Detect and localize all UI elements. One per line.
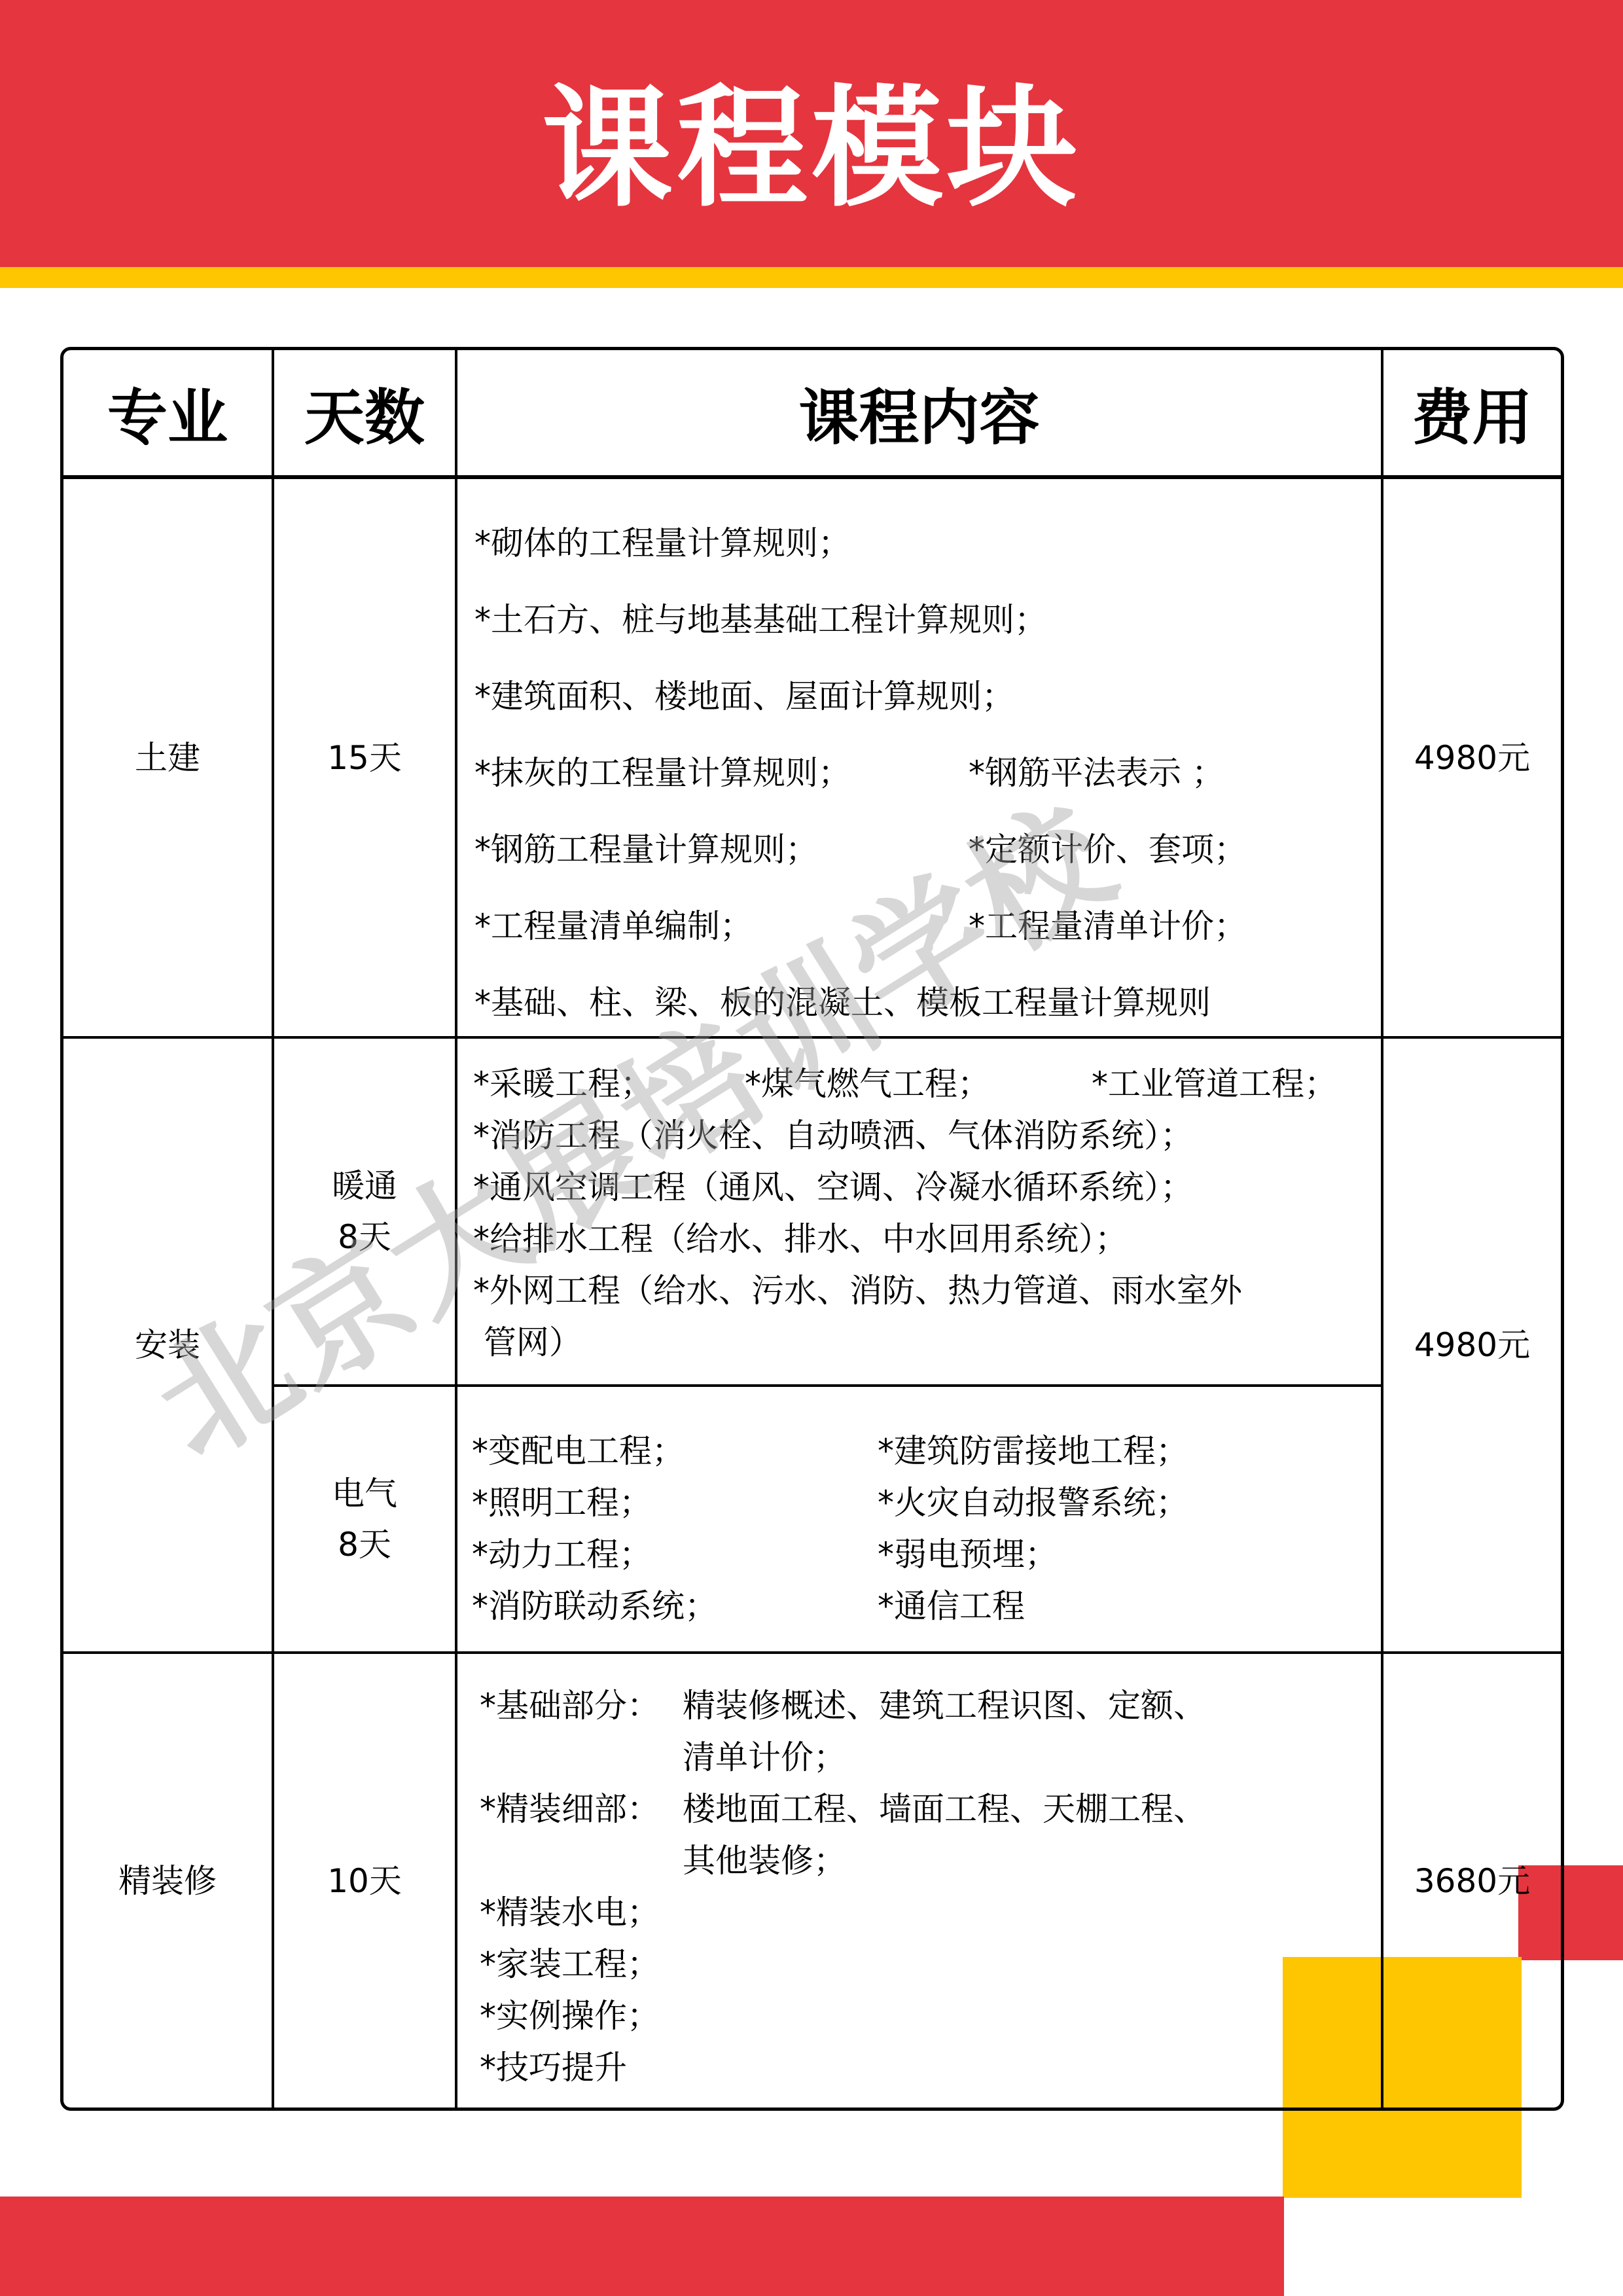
content-line: *工程量清单计价；: [969, 888, 1247, 965]
content-line: *给排水工程（给水、排水、中水回用系统）；: [473, 1213, 1337, 1265]
course-content-civil: *砌体的工程量计算规则； *土石方、桩与地基基础工程计算规则； *建筑面积、楼地…: [474, 505, 1247, 1041]
content-line: *外网工程（给水、污水、消防、热力管道、雨水室外: [473, 1265, 1337, 1317]
content-line: 楼地面工程、墙面工程、天棚工程、: [683, 1784, 1206, 1835]
major-cell: 安装: [63, 1039, 272, 1651]
content-line: *抹灰的工程量计算规则；: [474, 735, 969, 812]
subcategory-cell-electrical: 电气 8天: [274, 1387, 455, 1651]
content-line: *动力工程；: [472, 1529, 878, 1581]
content-line: *工程量清单编制；: [474, 888, 969, 965]
column-header-major: 专业: [63, 350, 272, 475]
course-content-electrical: *变配电工程；*建筑防雷接地工程； *照明工程；*火灾自动报警系统； *动力工程…: [472, 1426, 1188, 1632]
subcategory-cell-hvac: 暖通 8天: [274, 1039, 455, 1384]
days-cell: 15天: [274, 479, 455, 1036]
content-line: *精装水电；: [480, 1887, 1206, 1939]
content-line: *基础、柱、梁、板的混凝土、模板工程量计算规则: [474, 965, 1247, 1041]
major-cell: 土建: [63, 479, 272, 1036]
content-line: *工业管道工程；: [1092, 1058, 1337, 1110]
header-accent-stripe: [0, 267, 1623, 288]
content-line: *煤气燃气工程；: [745, 1058, 1092, 1110]
course-content-decoration: *基础部分： 精装修概述、建筑工程识图、定额、清单计价； *精装细部： 楼地面工…: [480, 1680, 1206, 2094]
content-line: *通信工程: [878, 1581, 1188, 1632]
content-line: *砌体的工程量计算规则；: [474, 505, 1247, 582]
subcategory-days: 8天: [338, 1211, 391, 1263]
content-line: *钢筋工程量计算规则；: [474, 812, 969, 888]
content-line: *采暖工程；: [473, 1058, 745, 1110]
content-line: *变配电工程；: [472, 1426, 878, 1477]
days-cell: 10天: [274, 1654, 455, 2108]
content-line: *火灾自动报警系统；: [878, 1477, 1188, 1529]
course-table: 专业 天数 课程内容 费用 土建 15天 4980元 *砌体的工程量计算规则； …: [60, 347, 1564, 2111]
content-line: *通风空调工程（通风、空调、冷凝水循环系统）；: [473, 1162, 1337, 1213]
fee-cell: 3680元: [1383, 1654, 1561, 2108]
content-line: *照明工程；: [472, 1477, 878, 1529]
content-line: *技巧提升: [480, 2042, 1206, 2094]
content-line: *实例操作；: [480, 1990, 1206, 2042]
content-line: *消防工程（消火栓、自动喷洒、气体消防系统）；: [473, 1110, 1337, 1162]
content-line: *钢筋平法表示 ；: [969, 735, 1247, 812]
subcategory-days: 8天: [338, 1519, 391, 1570]
footer-red-band: [0, 2197, 1284, 2296]
fee-cell: 4980元: [1383, 479, 1561, 1036]
page-title: 课程模块: [0, 77, 1623, 221]
content-line: *消防联动系统；: [472, 1581, 878, 1632]
content-line: 管网）: [473, 1317, 1337, 1369]
subcategory-name: 暖通: [332, 1160, 397, 1211]
subcategory-name: 电气: [332, 1468, 397, 1519]
content-line: *建筑防雷接地工程；: [878, 1426, 1188, 1477]
content-line: *家装工程；: [480, 1939, 1206, 1990]
content-line: *土石方、桩与地基基础工程计算规则；: [474, 582, 1247, 658]
course-content-hvac: *采暖工程； *煤气燃气工程； *工业管道工程； *消防工程（消火栓、自动喷洒、…: [473, 1058, 1337, 1369]
column-header-fee: 费用: [1383, 350, 1561, 475]
content-line: 精装修概述、建筑工程识图、定额、: [683, 1680, 1206, 1732]
content-line: 清单计价；: [683, 1732, 1206, 1784]
content-label: *基础部分：: [480, 1680, 683, 1784]
column-divider: [455, 350, 457, 2108]
column-header-days: 天数: [274, 350, 455, 475]
content-label: *精装细部：: [480, 1784, 683, 1887]
content-line: 其他装修；: [683, 1835, 1206, 1887]
content-line: *建筑面积、楼地面、屋面计算规则；: [474, 658, 1247, 735]
content-line: *弱电预埋；: [878, 1529, 1188, 1581]
major-cell: 精装修: [63, 1654, 272, 2108]
content-line: *定额计价、套项；: [969, 812, 1247, 888]
column-header-content: 课程内容: [457, 350, 1381, 475]
fee-cell: 4980元: [1383, 1039, 1561, 1651]
